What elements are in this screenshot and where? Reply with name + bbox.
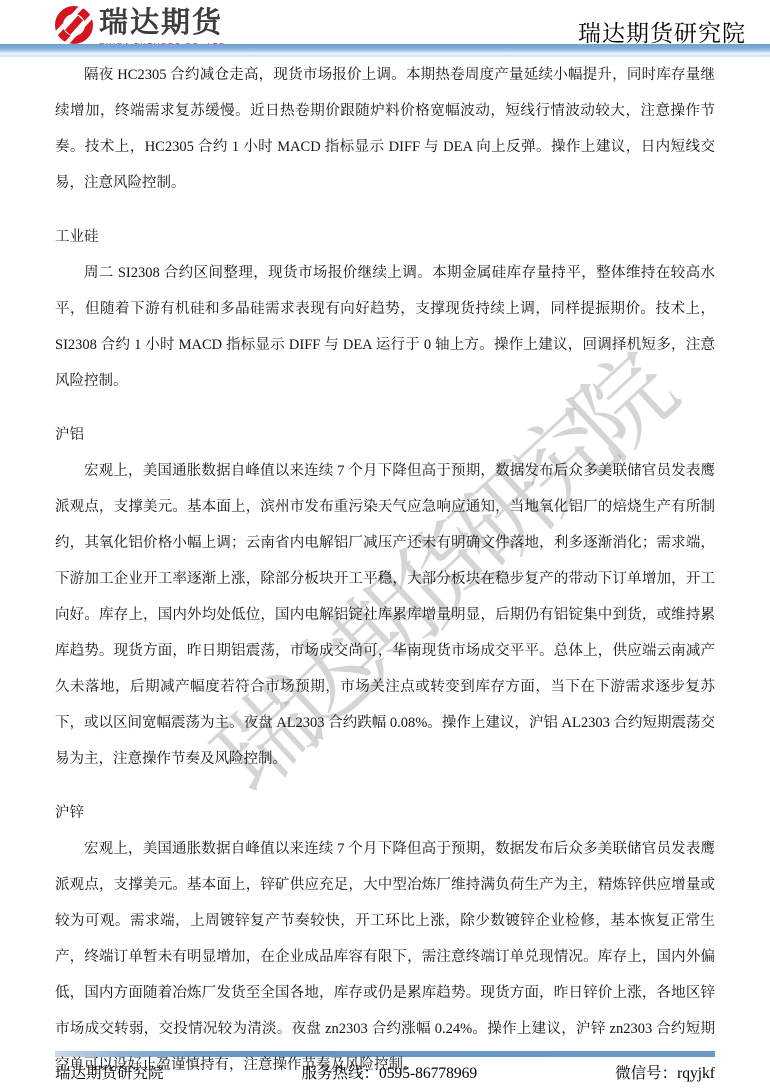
section-heading: 沪铝 [55,417,715,453]
section-paragraph: 周二 SI2308 合约区间整理，现货市场报价继续上调。本期金属硅库存量持平，整… [55,255,715,399]
report-page: 瑞达期货 RUIDA FUTURES CO.,LTD. 瑞达期货研究院 瑞达期货… [0,0,770,1090]
section-industrial-silicon: 工业硅 周二 SI2308 合约区间整理，现货市场报价继续上调。本期金属硅库存量… [55,219,715,399]
section-shanghai-zinc: 沪锌 宏观上，美国通胀数据自峰值以来连续 7 个月下降但高于预期，数据发布后众多… [55,795,715,1083]
section-paragraph: 宏观上，美国通胀数据自峰值以来连续 7 个月下降但高于预期，数据发布后众多美联储… [55,831,715,1083]
ruida-futures-logo-icon [54,4,94,46]
section-paragraph: 隔夜 HC2305 合约减仓走高，现货市场报价上调。本期热卷周度产量延续小幅提升… [55,57,715,201]
report-body: 隔夜 HC2305 合约减仓走高，现货市场报价上调。本期热卷周度产量延续小幅提升… [55,57,715,1083]
section-paragraph: 宏观上，美国通胀数据自峰值以来连续 7 个月下降但高于预期，数据发布后众多美联储… [55,453,715,777]
section-shanghai-aluminum: 沪铝 宏观上，美国通胀数据自峰值以来连续 7 个月下降但高于预期，数据发布后众多… [55,417,715,777]
section-hc2305-hot-coil: 隔夜 HC2305 合约减仓走高，现货市场报价上调。本期热卷周度产量延续小幅提升… [55,57,715,201]
section-heading: 沪锌 [55,795,715,831]
section-heading: 工业硅 [55,219,715,255]
brand-name: 瑞达期货 [99,6,230,40]
header-divider-bar [0,44,770,57]
